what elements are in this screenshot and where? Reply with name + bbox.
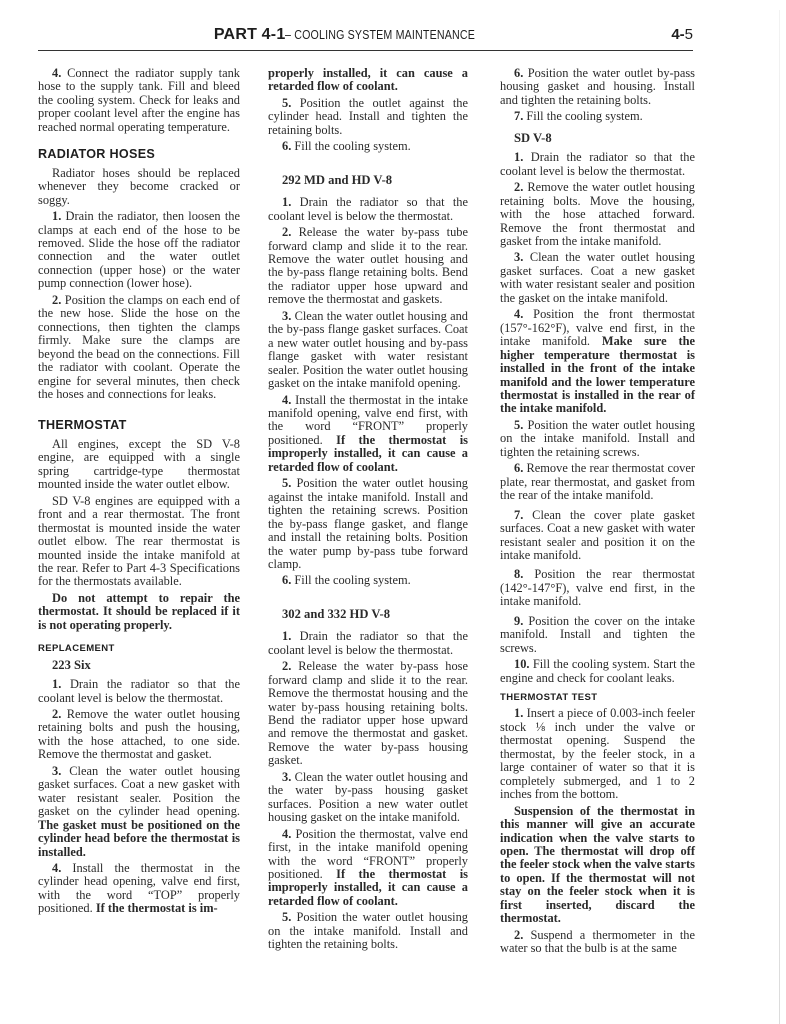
- step-paragraph: 4. Install the thermostat in the cylinde…: [38, 862, 240, 916]
- paragraph: Radiator hoses should be replaced whenev…: [38, 167, 240, 207]
- step-paragraph: 4. Connect the radiator supply tank hose…: [38, 67, 240, 134]
- section-heading-radiator-hoses: RADIATOR HOSES: [38, 148, 240, 161]
- warning-paragraph: Do not attempt to repair the thermostat.…: [38, 592, 240, 632]
- engine-heading-292: 292 MD and HD V-8: [282, 174, 468, 187]
- step-paragraph: 2. Position the clamps on each end of th…: [38, 294, 240, 402]
- step-paragraph: 10. Fill the cooling system. Start the e…: [500, 658, 695, 685]
- paragraph: All engines, except the SD V-8 engine, a…: [38, 438, 240, 492]
- paragraph: SD V-8 engines are equipped with a front…: [38, 495, 240, 589]
- step-paragraph: 1. Drain the radiator so that the coolan…: [268, 630, 468, 657]
- step-paragraph: 2. Release the water by-pass tube forwar…: [268, 226, 468, 307]
- step-paragraph: 5. Position the water outlet housing on …: [268, 911, 468, 951]
- subsection-heading-replacement: REPLACEMENT: [38, 642, 240, 655]
- step-paragraph: 5. Position the water outlet housing on …: [500, 419, 695, 459]
- step-paragraph: 1. Drain the radiator so that the coolan…: [268, 196, 468, 223]
- step-paragraph: 2. Suspend a thermometer in the water so…: [500, 929, 695, 956]
- step-paragraph: 8. Position the rear thermostat (142°-14…: [500, 568, 695, 608]
- step-paragraph: 3. Clean the water outlet housing gasket…: [38, 765, 240, 859]
- engine-heading-223-six: 223 Six: [52, 659, 240, 672]
- step-paragraph: 1. Drain the radiator so that the coolan…: [38, 678, 240, 705]
- page-number: 4-5: [671, 26, 693, 43]
- step-paragraph: 3. Clean the water outlet housing gasket…: [500, 251, 695, 305]
- engine-heading-302-332: 302 and 332 HD V-8: [282, 608, 468, 621]
- engine-heading-sd-v8: SD V-8: [514, 132, 695, 145]
- step-paragraph: 6. Position the water outlet by-pass hou…: [500, 67, 695, 107]
- subsection-heading-thermostat-test: THERMOSTAT TEST: [500, 691, 695, 704]
- part-label: PART 4-1: [214, 26, 286, 43]
- step-paragraph: 7. Clean the cover plate gasket surfaces…: [500, 509, 695, 563]
- section-title: – COOLING SYSTEM MAINTENANCE: [285, 27, 475, 42]
- step-paragraph: 2. Release the water by-pass hose forwar…: [268, 660, 468, 768]
- step-paragraph: 4. Position the front thermostat (157°-1…: [500, 308, 695, 416]
- step-paragraph: 4. Position the thermostat, valve end fi…: [268, 828, 468, 909]
- step-paragraph: 6. Fill the cooling system.: [268, 574, 468, 587]
- step-paragraph: 7. Fill the cooling system.: [500, 110, 695, 123]
- step-paragraph: 5. Position the outlet against the cylin…: [268, 97, 468, 137]
- section-heading-thermostat: THERMOSTAT: [38, 419, 240, 432]
- left-column: 4. Connect the radiator supply tank hose…: [38, 67, 240, 919]
- step-paragraph: 3. Clean the water outlet housing and th…: [268, 771, 468, 825]
- page-header: PART 4-1– COOLING SYSTEM MAINTENANCE 4-5: [38, 26, 693, 51]
- step-paragraph: 1. Drain the radiator, then loosen the c…: [38, 210, 240, 291]
- step-paragraph: 4. Install the thermostat in the intake …: [268, 394, 468, 475]
- running-title: PART 4-1– COOLING SYSTEM MAINTENANCE: [38, 26, 693, 44]
- step-paragraph: 5. Position the water outlet housing aga…: [268, 477, 468, 571]
- step-paragraph: 9. Position the cover on the intake mani…: [500, 615, 695, 655]
- step-paragraph: 2. Remove the water outlet housing retai…: [500, 181, 695, 248]
- middle-column: properly installed, it can cause a retar…: [268, 67, 468, 955]
- step-paragraph: 1. Drain the radiator so that the coolan…: [500, 151, 695, 178]
- continuation-paragraph: properly installed, it can cause a retar…: [268, 67, 468, 94]
- step-paragraph: 6. Fill the cooling system.: [268, 140, 468, 153]
- right-column: 6. Position the water outlet by-pass hou…: [500, 67, 695, 959]
- step-paragraph: 6. Remove the rear thermostat cover plat…: [500, 462, 695, 502]
- warning-paragraph: Suspension of the thermostat in this man…: [500, 805, 695, 926]
- step-paragraph: 3. Clean the water outlet housing and th…: [268, 310, 468, 391]
- step-paragraph: 2. Remove the water outlet housing retai…: [38, 708, 240, 762]
- step-paragraph: 1. Insert a piece of 0.003-inch feeler s…: [500, 707, 695, 801]
- page-edge: [779, 10, 780, 1024]
